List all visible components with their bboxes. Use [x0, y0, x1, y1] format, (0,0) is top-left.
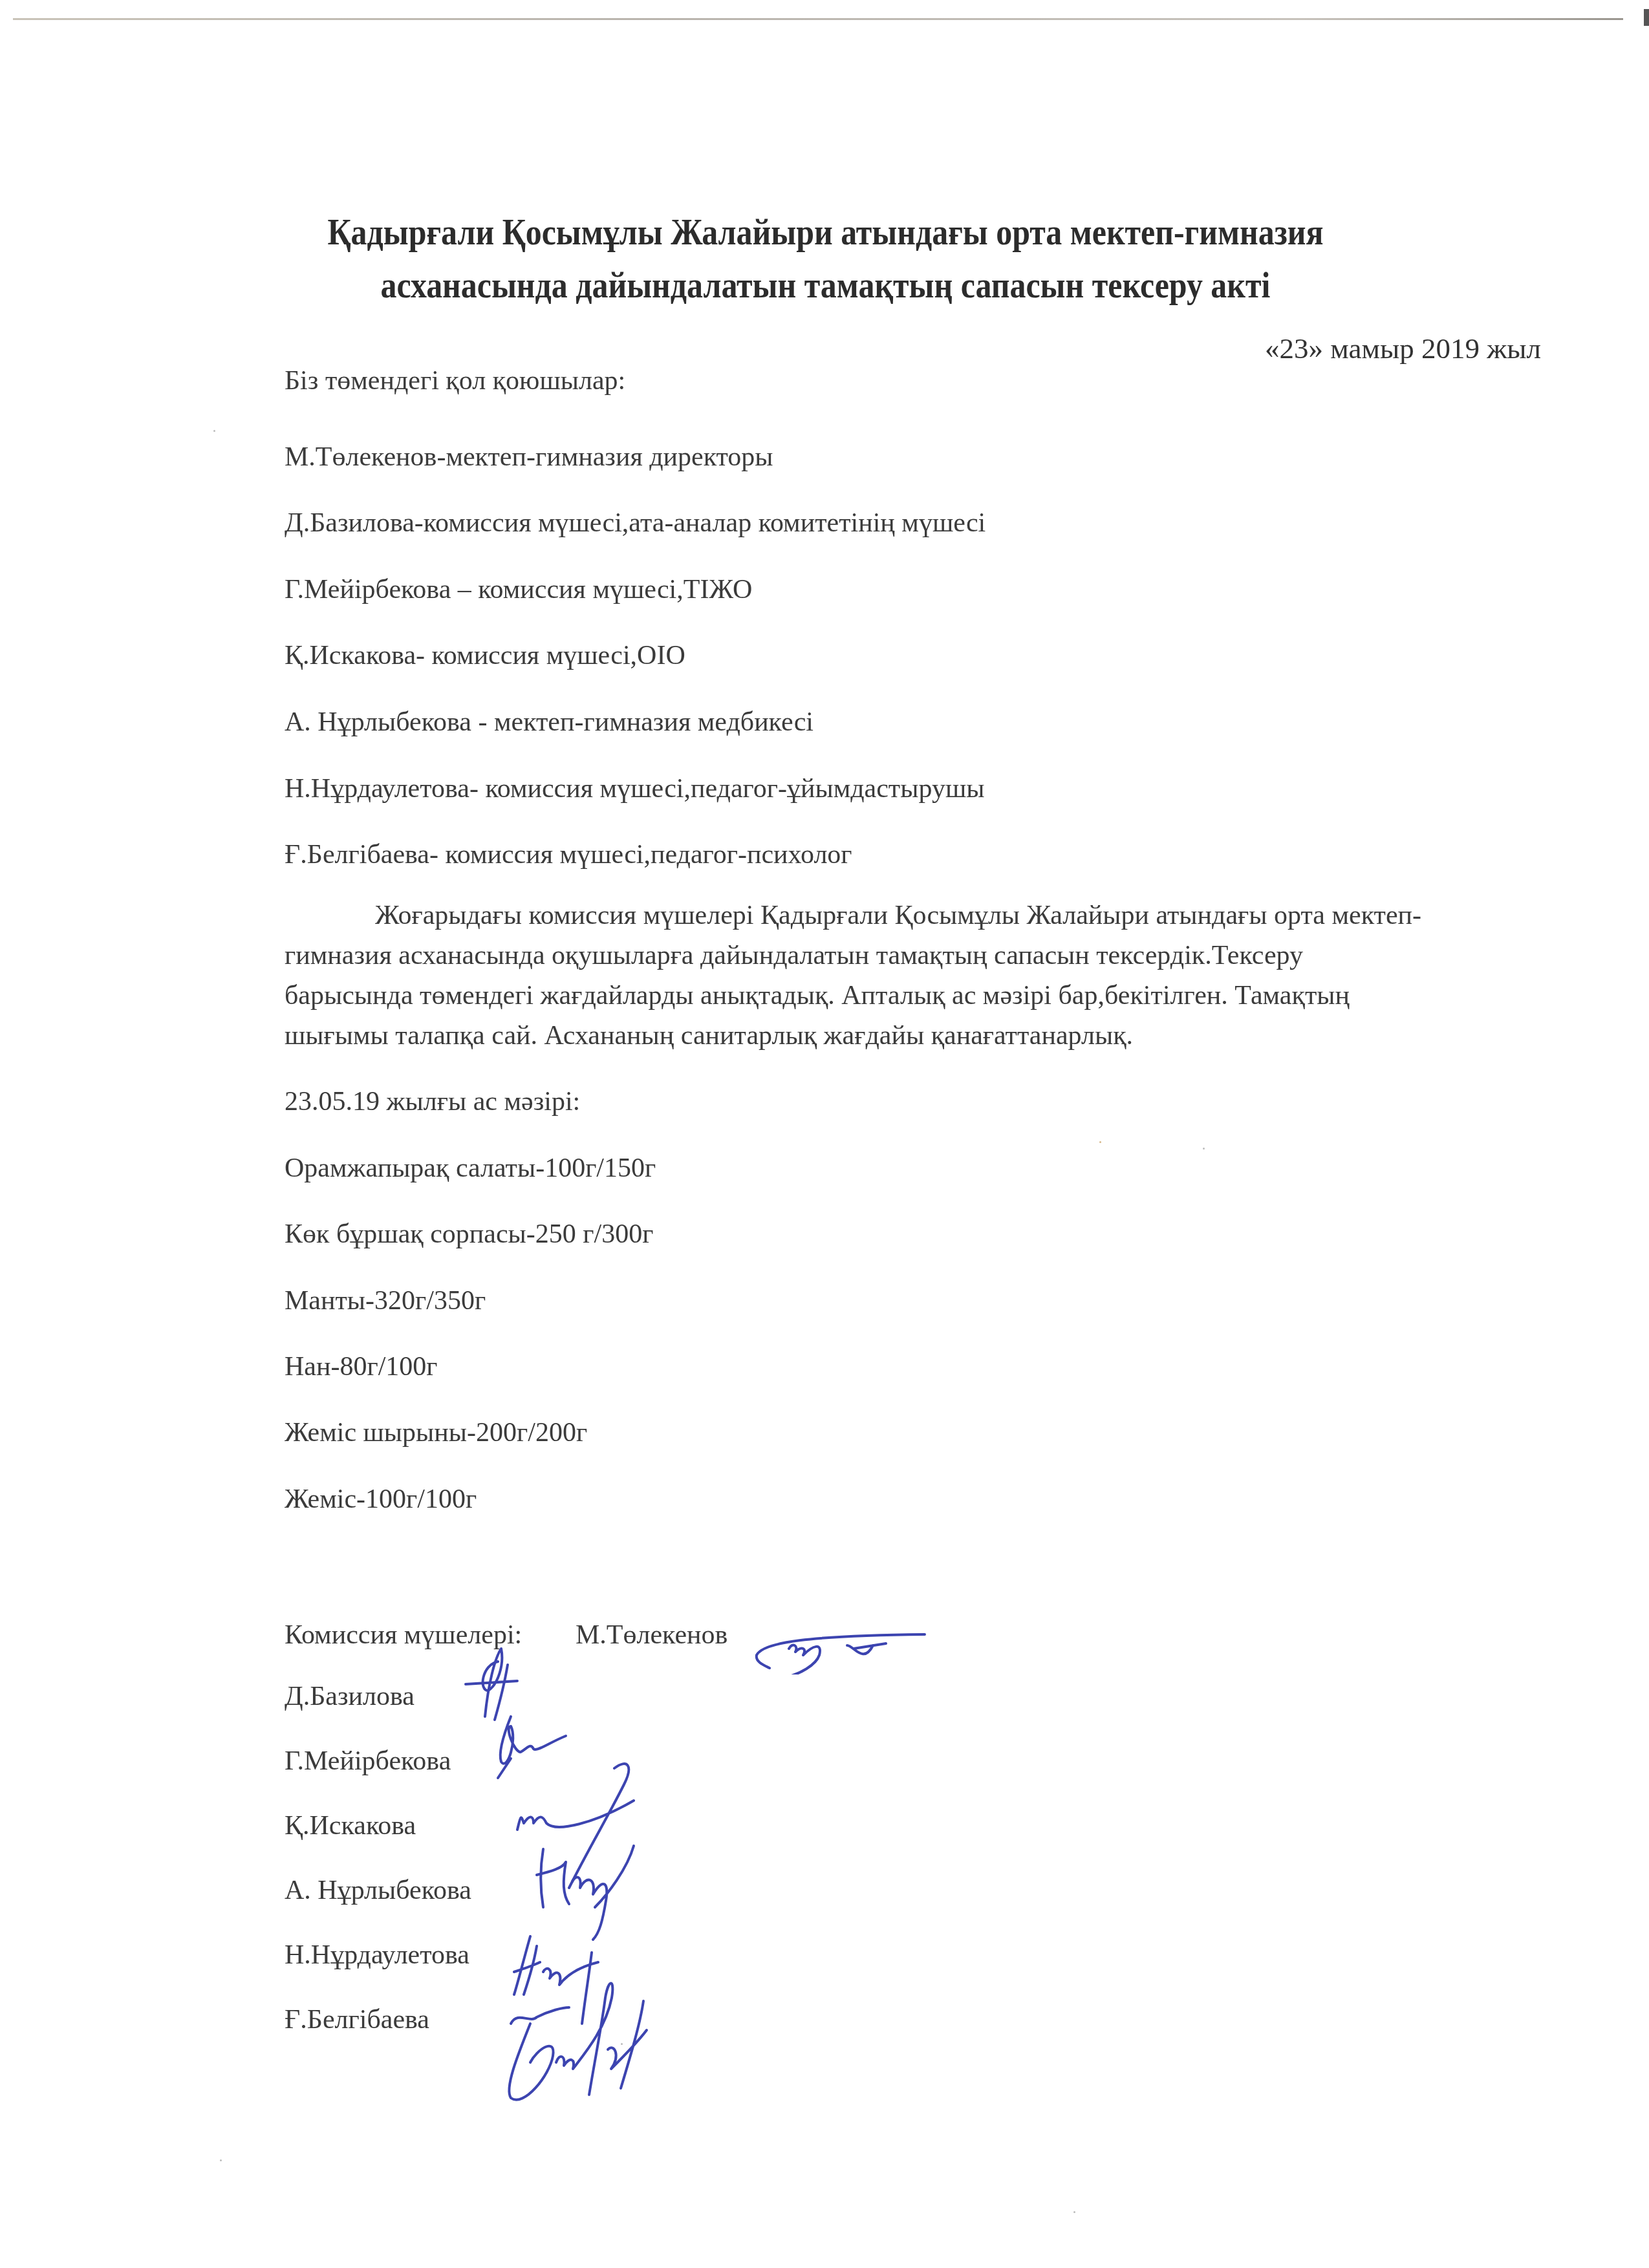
signature-mark [750, 1623, 931, 1674]
menu-item: Манты-320г/350г [285, 1285, 486, 1316]
signatory-name: Н.Нұрдаулетова [285, 1940, 469, 1971]
scan-border-line [13, 18, 1623, 20]
menu-item: Жеміс-100г/100г [285, 1484, 477, 1515]
document-title: Қадырғали Қосымұлы Жалайыри атындағы орт… [116, 206, 1535, 312]
signatory-name: Г.Мейірбекова [285, 1746, 451, 1777]
member-line: Ғ.Белгібаева- комиссия мүшесі,педагог-пс… [285, 839, 852, 870]
paragraph-line: барысында төмендегі жағдайларды анықтады… [285, 976, 1546, 1016]
signatory-name: М.Төлекенов [576, 1620, 727, 1651]
title-line-1: Қадырғали Қосымұлы Жалайыри атындағы орт… [116, 206, 1535, 259]
signatory-name: Ғ.Белгібаева [285, 2004, 429, 2035]
scan-speck [213, 430, 215, 432]
signatory-name: Д.Базилова [285, 1681, 415, 1712]
document-date: «23» мамыр 2019 жыл [1265, 332, 1541, 365]
scan-speck [621, 2043, 623, 2045]
member-line: А. Нұрлыбекова - мектеп-гимназия медбике… [285, 707, 814, 738]
menu-item: Нан-80г/100г [285, 1351, 438, 1382]
title-line-2: асханасында дайындалатын тамақтың сапасы… [116, 259, 1535, 312]
scan-speck [220, 2159, 222, 2161]
scan-speck [1203, 1148, 1205, 1150]
menu-item: Көк бұршақ сорпасы-250 г/300г [285, 1219, 653, 1250]
member-line: Н.Нұрдаулетова- комиссия мүшесі,педагог-… [285, 773, 984, 804]
member-line: М.Төлекенов-мектеп-гимназия директоры [285, 442, 773, 473]
signature-mark [530, 1843, 660, 1946]
intro-text: Біз төмендегі қол қоюшылар: [285, 365, 625, 396]
scan-edge-mark [1644, 9, 1649, 26]
paragraph-line: гимназия асханасында оқушыларға дайындал… [285, 936, 1546, 976]
signatory-name: А. Нұрлыбекова [285, 1875, 471, 1906]
paragraph-line: шығымы талапқа сай. Асхананың санитарлық… [285, 1016, 1546, 1056]
paragraph-line: Жоғарыдағы комиссия мүшелері Қадырғали Қ… [285, 895, 1546, 936]
member-line: Қ.Искакова- комиссия мүшесі,ОІО [285, 640, 685, 671]
menu-item: Жеміс шырыны-200г/200г [285, 1417, 587, 1448]
menu-item: Орамжапырақ салаты-100г/150г [285, 1153, 656, 1184]
menu-heading: 23.05.19 жылғы ас мәзірі: [285, 1086, 580, 1117]
signature-mark [491, 1978, 685, 2121]
scan-speck [1073, 2211, 1075, 2213]
scan-speck [1099, 1141, 1101, 1143]
member-line: Г.Мейірбекова – комиссия мүшесі,ТІЖО [285, 574, 752, 605]
findings-paragraph: Жоғарыдағы комиссия мүшелері Қадырғали Қ… [285, 895, 1546, 1056]
member-line: Д.Базилова-комиссия мүшесі,ата-аналар ко… [285, 508, 986, 539]
signature-mark [459, 1645, 537, 1723]
signatory-name: Қ.Искакова [285, 1810, 416, 1841]
